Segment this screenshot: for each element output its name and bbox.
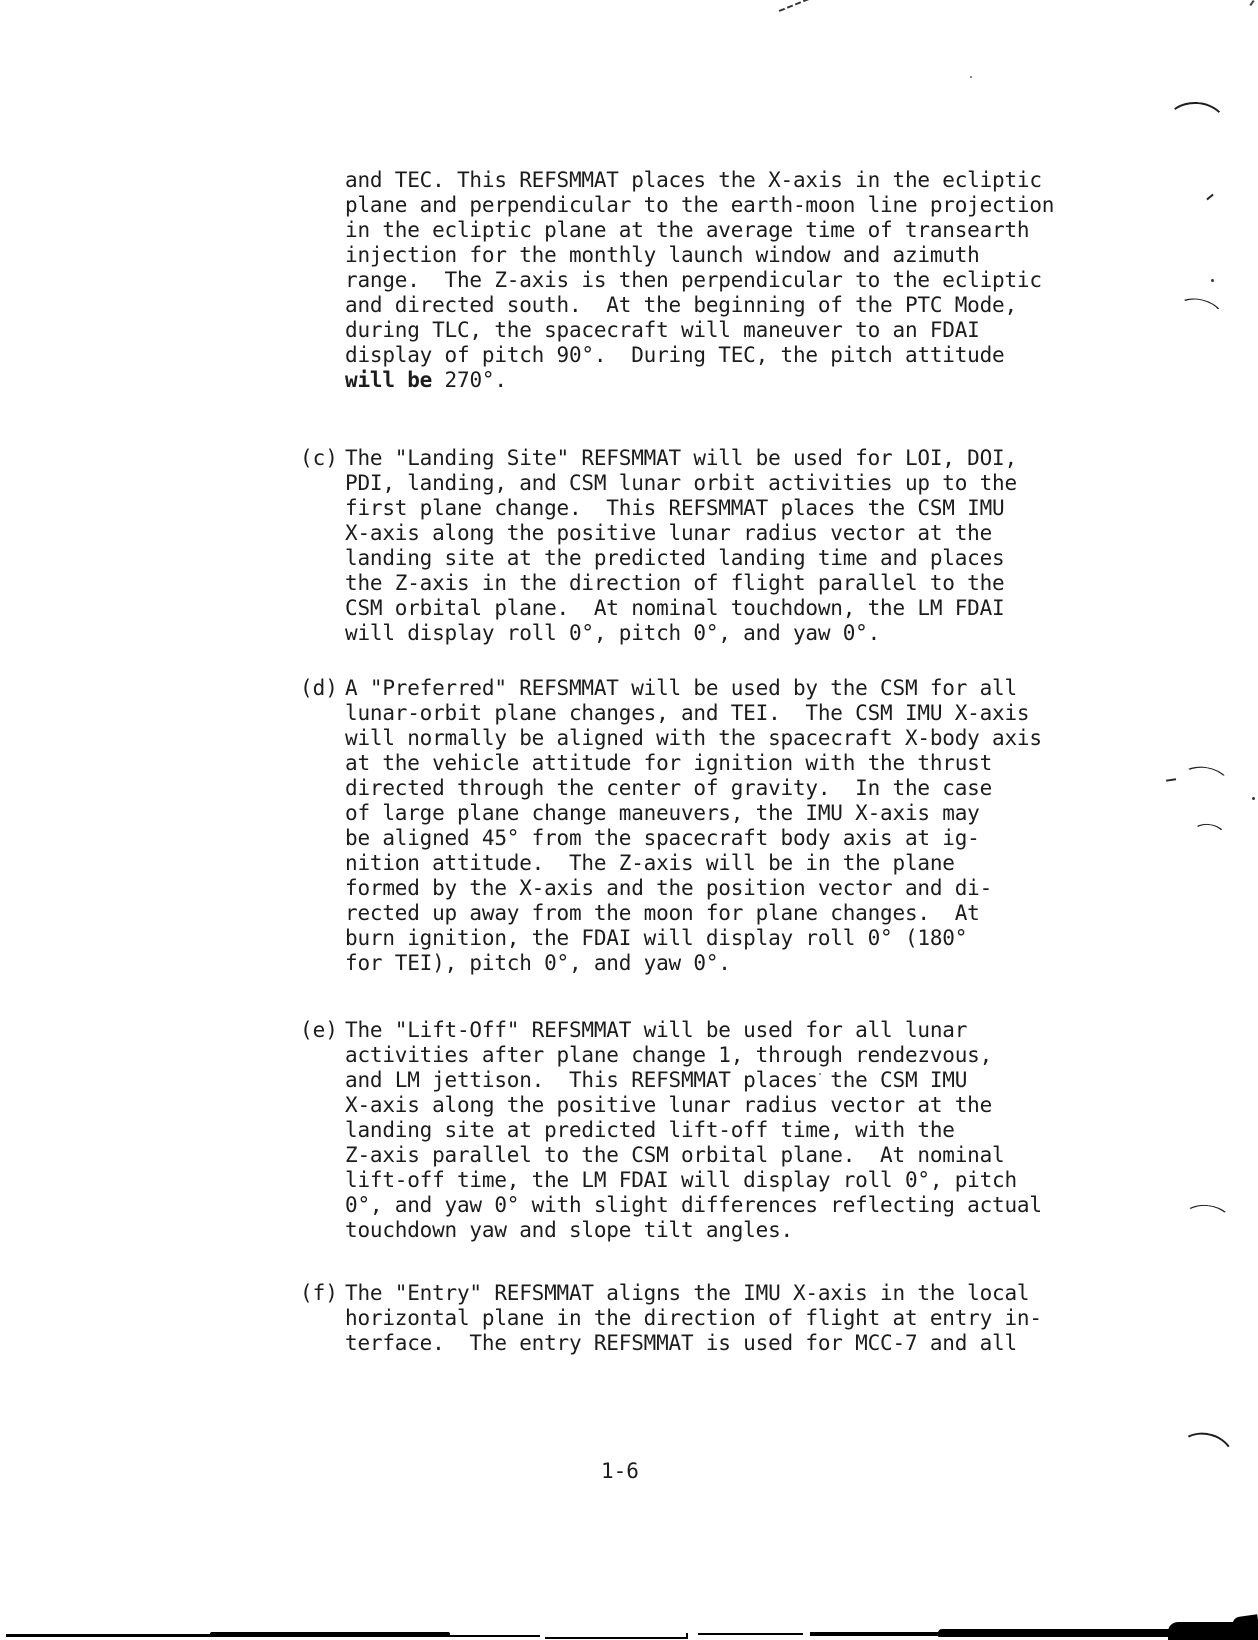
document-page: and TEC. This REFSMMAT places the X-axis… xyxy=(0,0,1258,1640)
scan-artifact-corner-mark xyxy=(1249,0,1254,6)
page-number: 1-6 xyxy=(601,1459,639,1484)
text-line: the Z-axis in the direction of flight pa… xyxy=(345,571,1090,596)
text-line: be aligned 45° from the spacecraft body … xyxy=(345,826,1090,851)
text-line: terface. The entry REFSMMAT is used for … xyxy=(345,1331,1090,1356)
text-line: rected up away from the moon for plane c… xyxy=(345,901,1090,926)
bold-text-segment: will be xyxy=(345,368,432,392)
scan-artifact-bottom-edge xyxy=(210,1632,450,1637)
paragraph: (e)The "Lift-Off" REFSMMAT will be used … xyxy=(300,1018,1090,1243)
scan-artifact-arc xyxy=(1171,1427,1238,1486)
text-line: landing site at the predicted landing ti… xyxy=(345,546,1090,571)
text-line: range. The Z-axis is then perpendicular … xyxy=(345,268,1090,293)
paragraph: and TEC. This REFSMMAT places the X-axis… xyxy=(300,168,1090,393)
text-line: Z-axis parallel to the CSM orbital plane… xyxy=(345,1143,1090,1168)
scan-artifact-speck xyxy=(1252,797,1255,800)
scan-artifact-bottom-edge xyxy=(545,1637,687,1639)
text-line: The "Landing Site" REFSMMAT will be used… xyxy=(345,446,1090,471)
text-line: for TEI), pitch 0°, and yaw 0°. xyxy=(345,951,1090,976)
paragraph: (c)The "Landing Site" REFSMMAT will be u… xyxy=(300,446,1090,646)
paragraph-label: (f) xyxy=(300,1281,338,1306)
text-line: first plane change. This REFSMMAT places… xyxy=(345,496,1090,521)
text-line: plane and perpendicular to the earth-moo… xyxy=(345,193,1090,218)
scan-artifact-bottom-edge xyxy=(938,1629,1173,1637)
paragraph-label: (e) xyxy=(300,1018,338,1043)
scan-artifact-speck xyxy=(819,1073,821,1075)
text-line: horizontal plane in the direction of fli… xyxy=(345,1306,1090,1331)
text-line: and TEC. This REFSMMAT places the X-axis… xyxy=(345,168,1090,193)
text-line: nition attitude. The Z-axis will be in t… xyxy=(345,851,1090,876)
scan-artifact-bottom-edge xyxy=(698,1633,803,1635)
text-line: CSM orbital plane. At nominal touchdown,… xyxy=(345,596,1090,621)
text-line: and directed south. At the beginning of … xyxy=(345,293,1090,318)
text-line: directed through the center of gravity. … xyxy=(345,776,1090,801)
text-line: activities after plane change 1, through… xyxy=(345,1043,1090,1068)
text-line: formed by the X-axis and the position ve… xyxy=(345,876,1090,901)
paragraph-text: The "Lift-Off" REFSMMAT will be used for… xyxy=(345,1018,1090,1243)
scan-artifact-arc xyxy=(1166,293,1230,346)
text-line: lunar-orbit plane changes, and TEI. The … xyxy=(345,701,1090,726)
text-line: burn ignition, the FDAI will display rol… xyxy=(345,926,1090,951)
text-line: landing site at predicted lift-off time,… xyxy=(345,1118,1090,1143)
scan-artifact-bottom-edge xyxy=(686,1633,688,1639)
scan-artifact-dash xyxy=(1206,194,1213,201)
text-line: X-axis along the positive lunar radius v… xyxy=(345,521,1090,546)
text-line: during TLC, the spacecraft will maneuver… xyxy=(345,318,1090,343)
text-line: will normally be aligned with the spacec… xyxy=(345,726,1090,751)
text-line: at the vehicle attitude for ignition wit… xyxy=(345,751,1090,776)
text-line: injection for the monthly launch window … xyxy=(345,243,1090,268)
text-line: lift-off time, the LM FDAI will display … xyxy=(345,1168,1090,1193)
scan-artifact-arc xyxy=(1176,1202,1236,1249)
text-line: 0°, and yaw 0° with slight differences r… xyxy=(345,1193,1090,1218)
scan-artifact-speck xyxy=(970,76,972,78)
paragraph-text: and TEC. This REFSMMAT places the X-axis… xyxy=(345,168,1090,393)
text-line: will display roll 0°, pitch 0°, and yaw … xyxy=(345,621,1090,646)
scan-artifact-bottom-edge xyxy=(810,1632,940,1636)
text-line: A "Preferred" REFSMMAT will be used by t… xyxy=(345,676,1090,701)
paragraph-text: A "Preferred" REFSMMAT will be used by t… xyxy=(345,676,1090,976)
text-line: and LM jettison. This REFSMMAT places th… xyxy=(345,1068,1090,1093)
text-line: display of pitch 90°. During TEC, the pi… xyxy=(345,343,1090,368)
paragraph: (d)A "Preferred" REFSMMAT will be used b… xyxy=(300,676,1090,976)
paragraph-text: The "Landing Site" REFSMMAT will be used… xyxy=(345,446,1090,646)
paragraph-label: (c) xyxy=(300,446,338,471)
text-line: will be 270°. xyxy=(345,368,1090,393)
scan-artifact-arc xyxy=(1163,100,1228,152)
text-line: X-axis along the positive lunar radius v… xyxy=(345,1093,1090,1118)
text-line: of large plane change maneuvers, the IMU… xyxy=(345,801,1090,826)
scan-artifact-dash xyxy=(1166,778,1176,781)
text-line: PDI, landing, and CSM lunar orbit activi… xyxy=(345,471,1090,496)
scan-artifact-speck xyxy=(1211,279,1214,282)
paragraph-label: (d) xyxy=(300,676,338,701)
paragraph-text: The "Entry" REFSMMAT aligns the IMU X-ax… xyxy=(345,1281,1090,1356)
scan-artifact-bottom-edge xyxy=(448,1635,540,1637)
scan-artifact-arc xyxy=(1186,821,1230,857)
scan-artifact-arc xyxy=(1173,762,1235,810)
text-segment: 270°. xyxy=(432,368,507,392)
scan-artifact-slash xyxy=(779,0,809,12)
text-line: The "Lift-Off" REFSMMAT will be used for… xyxy=(345,1018,1090,1043)
text-line: The "Entry" REFSMMAT aligns the IMU X-ax… xyxy=(345,1281,1090,1306)
text-line: in the ecliptic plane at the average tim… xyxy=(345,218,1090,243)
text-line: touchdown yaw and slope tilt angles. xyxy=(345,1218,1090,1243)
paragraph: (f)The "Entry" REFSMMAT aligns the IMU X… xyxy=(300,1281,1090,1356)
